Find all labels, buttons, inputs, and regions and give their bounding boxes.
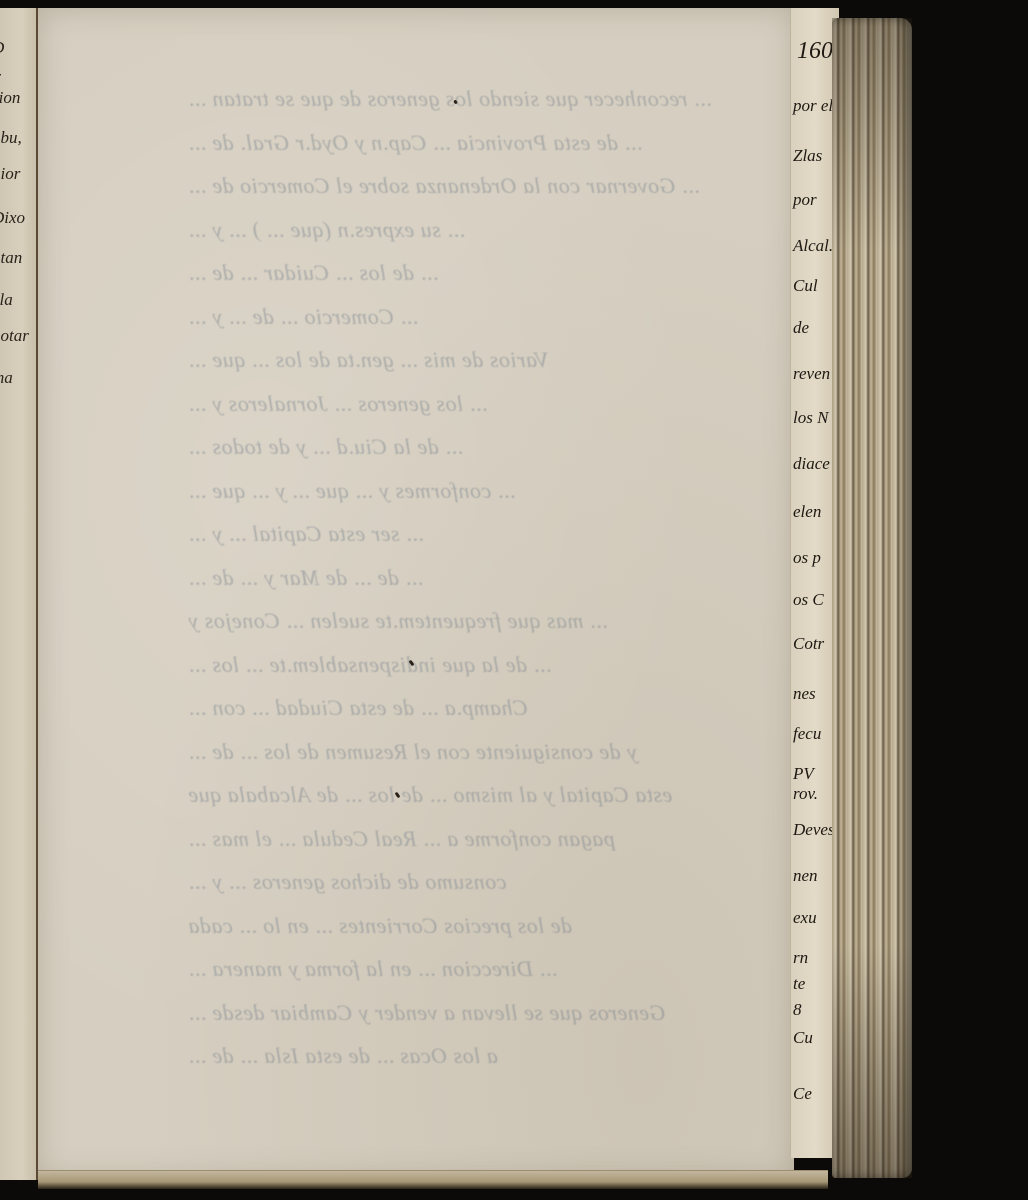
bleed-through-line: Varios de mis ... gen.ta de los ... que … bbox=[188, 347, 549, 373]
left-page-word: ela bbox=[0, 290, 13, 310]
bleed-through-line: ... de la Ciu.d ... y de todos ... bbox=[188, 434, 463, 460]
margin-word: elen bbox=[793, 502, 821, 522]
margin-word: 8 bbox=[793, 1000, 802, 1020]
left-page-word: 7 bbox=[0, 70, 1, 90]
bleed-through-line: ... Comercio ... de ... y ... bbox=[188, 304, 418, 330]
bleed-through-line: pagan conforme a ... Real Cedula ... el … bbox=[188, 826, 615, 852]
bleed-through-line: a los Ocas ... de esta Isla ... de ... bbox=[188, 1043, 498, 1069]
margin-word: los N bbox=[793, 408, 828, 428]
margin-word: Deves bbox=[793, 820, 835, 840]
margin-word: de bbox=[793, 318, 809, 338]
margin-word: os C bbox=[793, 590, 824, 610]
left-page-word: notar bbox=[0, 326, 29, 346]
left-page-word: Dixo bbox=[0, 208, 25, 228]
left-page-word: abu, bbox=[0, 128, 22, 148]
margin-word: fecu bbox=[793, 724, 821, 744]
left-page-word: rion bbox=[0, 88, 20, 108]
bleed-through-line: ... de la que indispensablem.te ... los … bbox=[188, 652, 551, 678]
bleed-through-line: ... reconhecer que siendo los generos de… bbox=[188, 86, 711, 112]
bleed-through-line: esta Capital y al mismo ... de los ... d… bbox=[188, 782, 672, 808]
margin-word: PV bbox=[793, 764, 814, 784]
margin-word: reven bbox=[793, 364, 830, 384]
folio-number: 160 bbox=[797, 38, 833, 65]
left-page-word: aior bbox=[0, 164, 20, 184]
bleed-through-line: ... ser esta Capital ... y ... bbox=[188, 521, 424, 547]
bleed-through-line: ... de ... de Mar y ... de ... bbox=[188, 565, 423, 591]
bleed-through-line: ... los generos ... Jornaleros y ... bbox=[188, 391, 487, 417]
left-page-edge: D7rionabu,aiorDixoatanelanotarma bbox=[0, 8, 38, 1180]
margin-word: por el bbox=[793, 96, 833, 116]
bleed-through-line: ... de esta Provincia ... Cap.n y Oyd.r … bbox=[188, 130, 642, 156]
margin-word: Cu bbox=[793, 1028, 813, 1048]
main-page: ... reconhecer que siendo los generos de… bbox=[38, 8, 794, 1178]
bleed-through-line: de los precios Corrientes ... en lo ... … bbox=[188, 913, 572, 939]
bleed-through-line: consumo de dichos generos ... y ... bbox=[188, 869, 507, 895]
bleed-through-line: ... Direccion ... en la forma y manera .… bbox=[188, 956, 557, 982]
margin-word: Alcal. bbox=[793, 236, 833, 256]
margin-word: te bbox=[793, 974, 805, 994]
manuscript-scene: D7rionabu,aiorDixoatanelanotarma ... rec… bbox=[0, 0, 1028, 1200]
margin-word: nen bbox=[793, 866, 818, 886]
margin-word: rov. bbox=[793, 784, 818, 804]
bleed-through-line: ... conformes y ... que ... y ... que ..… bbox=[188, 478, 515, 504]
bleed-through-line: ... mas que frequentem.te suelen ... Con… bbox=[188, 608, 607, 634]
margin-word: exu bbox=[793, 908, 817, 928]
margin-word: os p bbox=[793, 548, 821, 568]
bleed-through-line: ... Governar con la Ordenanza sobre el C… bbox=[188, 173, 700, 199]
margin-word: Ce bbox=[793, 1084, 812, 1104]
left-page-word: D bbox=[0, 38, 4, 58]
left-page-word: ma bbox=[0, 368, 13, 388]
page-edges-stack bbox=[832, 18, 912, 1178]
margin-word: nes bbox=[793, 684, 816, 704]
bleed-through-line: y de consiguiente con el Resumen de los … bbox=[188, 739, 637, 765]
margin-word: rn bbox=[793, 948, 808, 968]
margin-word: por bbox=[793, 190, 817, 210]
margin-word: diace bbox=[793, 454, 830, 474]
bleed-through-line: ... su expres.n (que ... ) ... y ... bbox=[188, 217, 465, 243]
margin-word: Cotr bbox=[793, 634, 824, 654]
margin-word: Cul bbox=[793, 276, 818, 296]
bleed-through-line: ... de los ... Cuidar ... de ... bbox=[188, 260, 438, 286]
bleed-through-line: Generos que se llevan a vender y Cambiar… bbox=[188, 1000, 666, 1026]
bleed-through-line: Champ.a ... de esta Ciudad ... con ... bbox=[188, 695, 528, 721]
margin-word: Zlas bbox=[793, 146, 822, 166]
bottom-page-edge bbox=[38, 1170, 828, 1189]
left-page-word: atan bbox=[0, 248, 22, 268]
